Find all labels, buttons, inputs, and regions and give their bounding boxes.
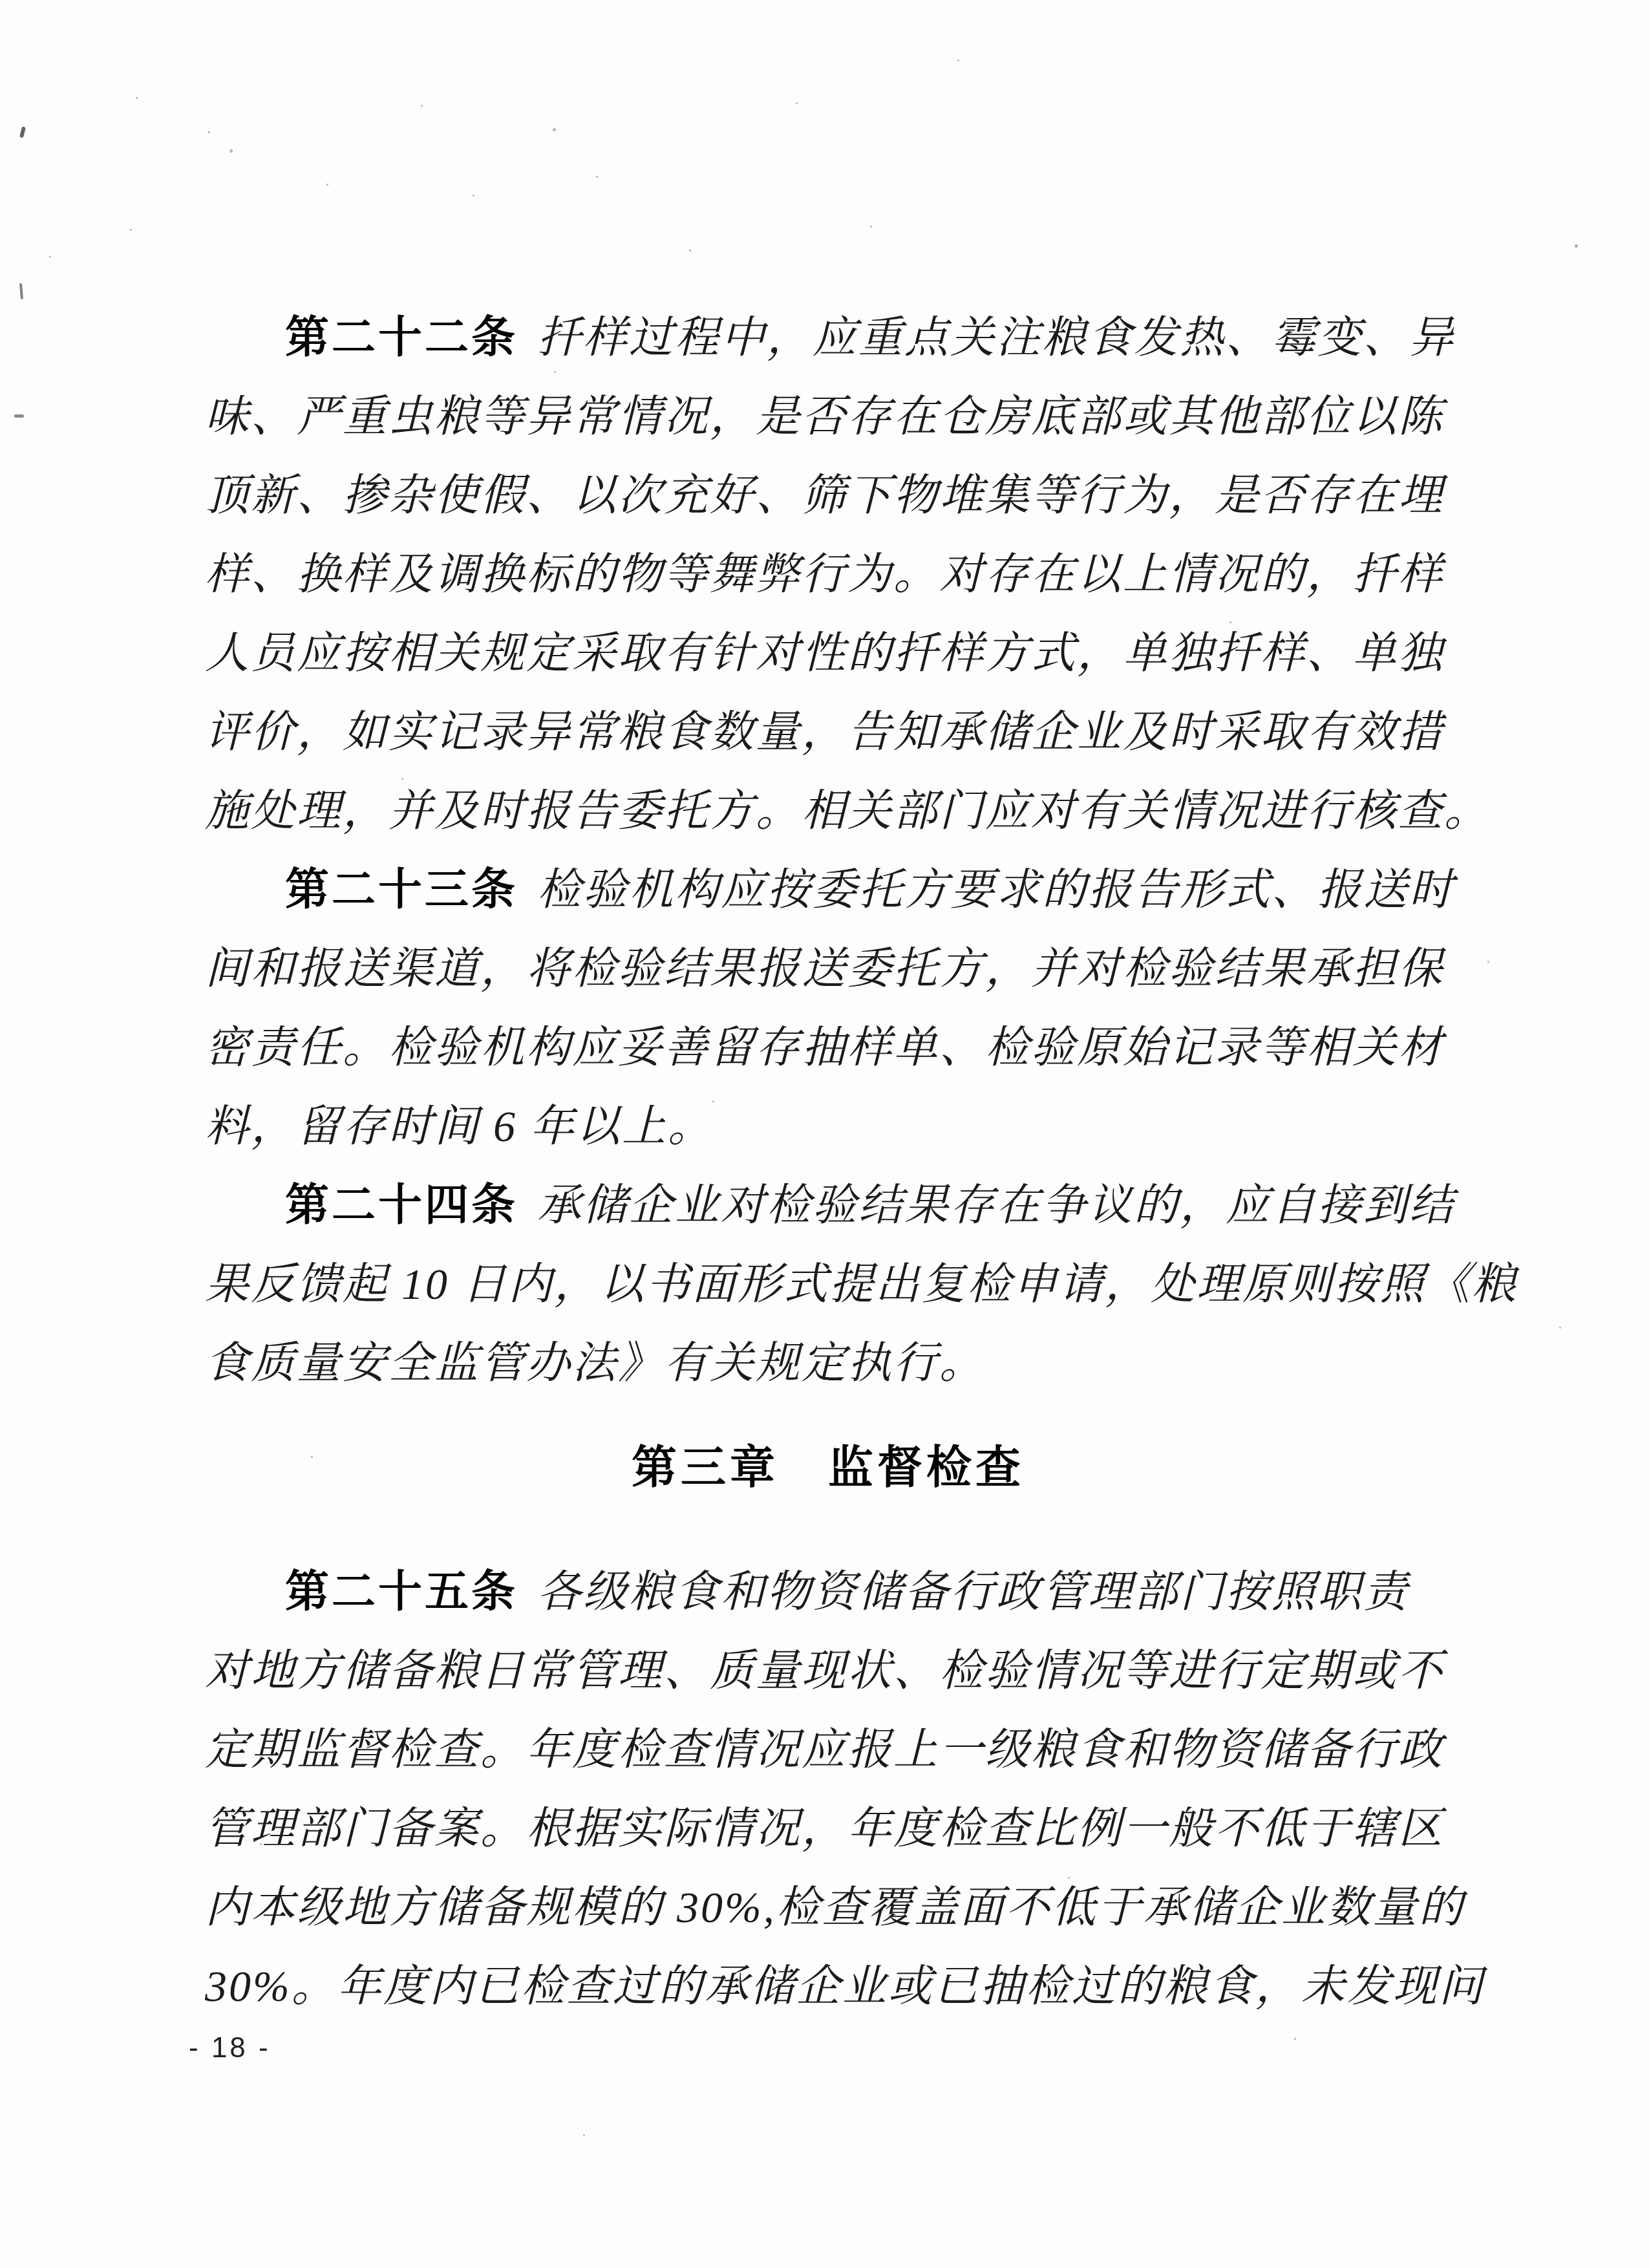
article-22: 第二十二条扦样过程中，应重点关注粮食发热、霉变、异 味、严重虫粮等异常情况，是否… <box>205 298 1451 850</box>
page-content: 第二十二条扦样过程中，应重点关注粮食发热、霉变、异 味、严重虫粮等异常情况，是否… <box>205 298 1451 2026</box>
text-line: 样、换样及调换标的物等舞弊行为。对存在以上情况的，扦样 <box>205 535 1451 614</box>
text-line: 第二十五条各级粮食和物资储备行政管理部门按照职责 <box>205 1552 1451 1631</box>
article-number-label: 第二十五条 <box>285 1567 518 1616</box>
article-text: 承储企业对检验结果存在争议的，应自接到结 <box>537 1181 1455 1230</box>
text-line: 顶新、掺杂使假、以次充好、筛下物堆集等行为，是否存在埋 <box>205 456 1451 535</box>
article-24: 第二十四条承储企业对检验结果存在争议的，应自接到结 果反馈起 10 日内，以书面… <box>205 1166 1451 1402</box>
text-line: 30%。年度内已检查过的承储企业或已抽检过的粮食，未发现问 <box>205 1947 1451 2026</box>
text-line: 评价，如实记录异常粮食数量，告知承储企业及时采取有效措 <box>205 692 1451 771</box>
text-line: 果反馈起 10 日内，以书面形式提出复检申请，处理原则按照《粮 <box>205 1245 1451 1323</box>
text-line: 人员应按相关规定采取有针对性的扦样方式，单独扦样、单独 <box>205 614 1451 692</box>
text-line: 第二十四条承储企业对检验结果存在争议的，应自接到结 <box>205 1166 1451 1245</box>
article-25: 第二十五条各级粮食和物资储备行政管理部门按照职责 对地方储备粮日常管理、质量现状… <box>205 1552 1451 2026</box>
article-text: 检验机构应按委托方要求的报告形式、报送时 <box>537 865 1455 914</box>
scan-noise <box>0 0 2 2</box>
article-text: 各级粮食和物资储备行政管理部门按照职责 <box>537 1567 1409 1616</box>
document-page: 第二十二条扦样过程中，应重点关注粮食发热、霉变、异 味、严重虫粮等异常情况，是否… <box>0 0 1649 2268</box>
article-number-label: 第二十三条 <box>285 865 518 914</box>
chapter-heading: 第三章 监督检查 <box>205 1428 1451 1507</box>
text-line: 间和报送渠道，将检验结果报送委托方，并对检验结果承担保 <box>205 929 1451 1008</box>
text-line: 料，留存时间 6 年以上。 <box>205 1087 1451 1166</box>
scan-artifact <box>14 414 24 418</box>
text-line: 管理部门备案。根据实际情况，年度检查比例一般不低于辖区 <box>205 1789 1451 1868</box>
text-line: 第二十三条检验机构应按委托方要求的报告形式、报送时 <box>205 850 1451 929</box>
page-number: - 18 - <box>189 2034 271 2062</box>
scan-artifact <box>19 127 26 138</box>
article-number-label: 第二十四条 <box>285 1181 518 1230</box>
article-number-label: 第二十二条 <box>285 313 518 362</box>
text-line: 对地方储备粮日常管理、质量现状、检验情况等进行定期或不 <box>205 1631 1451 1710</box>
text-line: 密责任。检验机构应妥善留存抽样单、检验原始记录等相关材 <box>205 1008 1451 1087</box>
text-line: 施处理，并及时报告委托方。相关部门应对有关情况进行核查。 <box>205 771 1451 850</box>
article-text: 扦样过程中，应重点关注粮食发热、霉变、异 <box>537 313 1455 362</box>
scan-artifact <box>19 283 23 299</box>
text-line: 第二十二条扦样过程中，应重点关注粮食发热、霉变、异 <box>205 298 1451 377</box>
text-line: 味、严重虫粮等异常情况，是否存在仓房底部或其他部位以陈 <box>205 377 1451 456</box>
text-line: 定期监督检查。年度检查情况应报上一级粮食和物资储备行政 <box>205 1710 1451 1789</box>
article-23: 第二十三条检验机构应按委托方要求的报告形式、报送时 间和报送渠道，将检验结果报送… <box>205 850 1451 1166</box>
text-line: 内本级地方储备规模的 30%,检查覆盖面不低于承储企业数量的 <box>205 1868 1451 1947</box>
text-line: 食质量安全监管办法》有关规定执行。 <box>205 1323 1451 1402</box>
